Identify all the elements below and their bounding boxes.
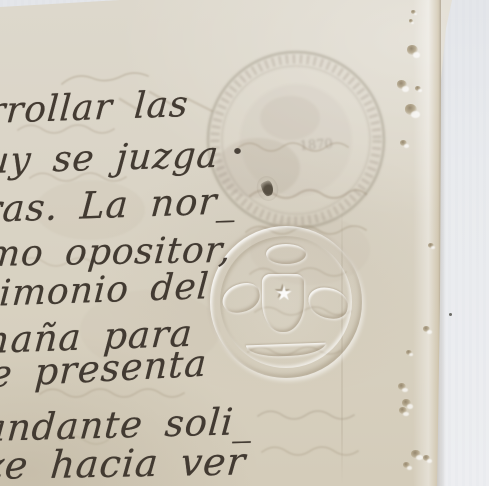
handwriting-line-1: rrollar las [0, 87, 190, 130]
seal-right-animal [306, 285, 350, 320]
wormhole [398, 383, 406, 390]
wormhole [411, 450, 421, 458]
seal-banner [246, 343, 326, 358]
handwriting-line-7: e presenta [0, 345, 208, 394]
handwriting-line-3: ras. La nor_ [0, 182, 238, 228]
wormhole [399, 407, 407, 414]
handwriting-line-2: uy se juzga [0, 138, 220, 180]
seal-crest-plume [266, 244, 306, 264]
wormhole [407, 45, 418, 55]
wormhole [397, 80, 407, 89]
wormhole [406, 350, 412, 355]
wormhole [415, 86, 421, 91]
seal-left-animal [220, 280, 263, 315]
manuscript-page: 1870 [0, 0, 489, 486]
manuscript-photo: 1870 [0, 0, 489, 486]
wormhole [423, 326, 430, 332]
wormhole [405, 104, 417, 115]
wormhole [403, 462, 410, 468]
wormhole [409, 19, 413, 23]
wormhole [428, 243, 434, 248]
embossed-seal: ★ [210, 226, 362, 378]
seal-shield: ★ [262, 274, 304, 332]
backdrop-speck [449, 313, 452, 316]
wormhole [402, 399, 411, 407]
wormhole [400, 140, 407, 146]
ink-blot [234, 148, 241, 154]
wormhole [411, 10, 416, 14]
wormhole [423, 455, 430, 461]
seal-star-icon: ★ [262, 282, 304, 302]
handwriting-line-9: ze hacia ver [0, 442, 248, 485]
handwriting-line-5: timonio del [0, 269, 211, 313]
ink-blot-teardrop [260, 180, 275, 198]
